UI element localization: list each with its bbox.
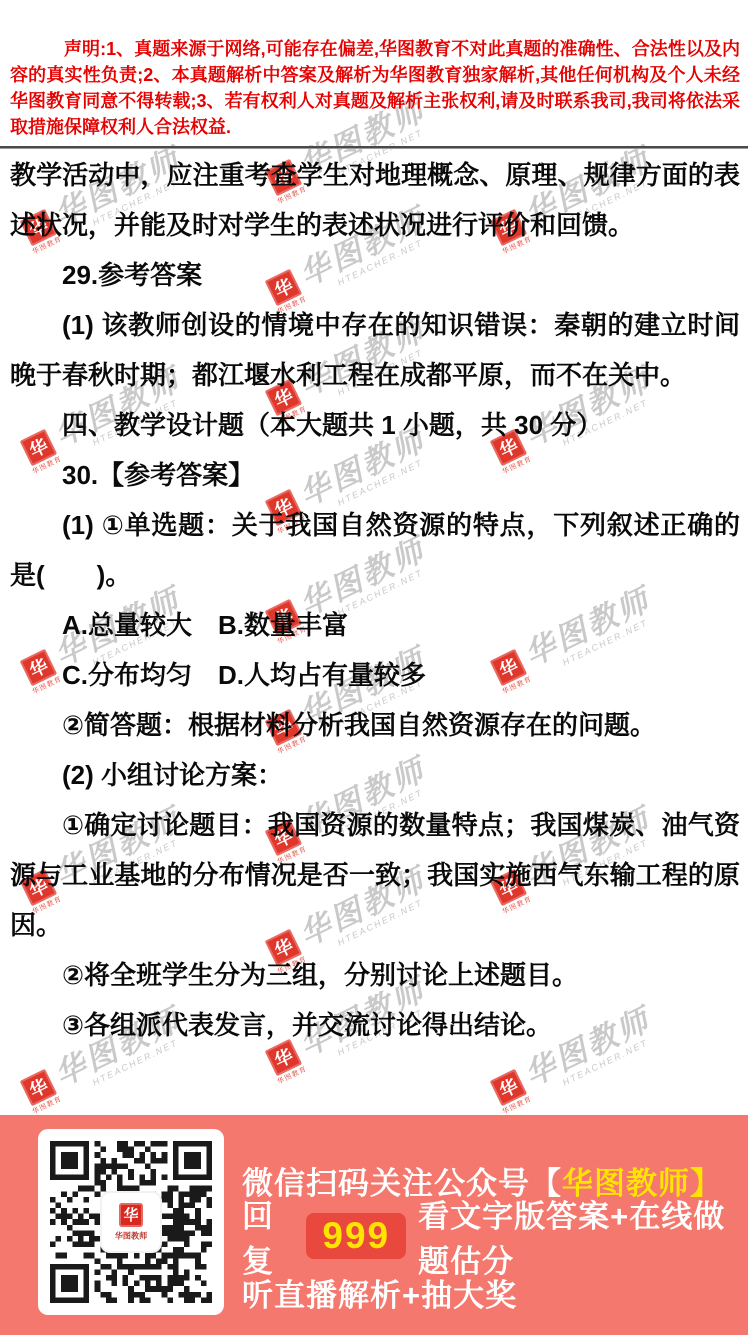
reply-code-badge: 999 xyxy=(306,1213,406,1259)
body-paragraph: (2) 小组讨论方案： xyxy=(10,750,740,800)
body-paragraph: 教学活动中，应注重考查学生对地理概念、原理、规律方面的表述状况，并能及时对学生的… xyxy=(10,150,740,250)
body-paragraph: C.分布均匀 D.人均占有量较多 xyxy=(10,650,740,700)
qr-logo-caption: 华图教师 xyxy=(115,1229,147,1241)
huatu-logo-icon: 华 xyxy=(119,1203,143,1227)
watermark-logo-caption: 华图教育 xyxy=(501,1094,534,1117)
document-body: 教学活动中，应注重考查学生对地理概念、原理、规律方面的表述状况，并能及时对学生的… xyxy=(10,150,740,1050)
footer-line-2: 回复999看文字版答案+在线做题估分 xyxy=(242,1213,748,1259)
qr-card: 华 华图教师 xyxy=(38,1129,224,1315)
watermark-logo-caption: 华图教育 xyxy=(31,1094,64,1117)
disclaimer-label: 声明: xyxy=(64,39,106,59)
footer-banner: 华 华图教师 微信扫码关注公众号【华图教师】 回复999看文字版答案+在线做题估… xyxy=(0,1115,748,1335)
page: { "page": {"width": 748, "height": 1335,… xyxy=(0,0,748,1335)
footer-text: 微信扫码关注公众号【华图教师】 回复999看文字版答案+在线做题估分 听直播解析… xyxy=(242,1157,748,1325)
body-paragraph: ②将全班学生分为三组，分别讨论上述题目。 xyxy=(10,950,740,1000)
watermark-logo-caption: 华图教育 xyxy=(276,1064,309,1087)
body-paragraph: ①确定讨论题目：我国资源的数量特点；我国煤炭、油气资源与工业基地的分布情况是否一… xyxy=(10,800,740,950)
qr-center-logo: 华 华图教师 xyxy=(102,1193,160,1251)
disclaimer-text: 1、真题来源于网络,可能存在偏差,华图教育不对此真题的准确性、合法性以及内容的真… xyxy=(10,39,740,137)
footer-line2-suffix: 看文字版答案+在线做题估分 xyxy=(418,1191,748,1281)
body-paragraph: ③各组派代表发言，并交流讨论得出结论。 xyxy=(10,1000,740,1050)
body-paragraph: 四、教学设计题（本大题共 1 小题，共 30 分） xyxy=(10,400,740,450)
body-paragraph: (1) 该教师创设的情境中存在的知识错误：秦朝的建立时间晚于春秋时期；都江堰水利… xyxy=(10,300,740,400)
footer-line3-text: 听直播解析+抽大奖 xyxy=(242,1270,517,1315)
body-paragraph: A.总量较大 B.数量丰富 xyxy=(10,600,740,650)
huatu-logo-square-icon: 华 xyxy=(20,1069,57,1106)
body-paragraph: ②简答题：根据材料分析我国自然资源存在的问题。 xyxy=(10,700,740,750)
footer-line2-prefix: 回复 xyxy=(242,1191,294,1281)
body-paragraph: (1) ①单选题：关于我国自然资源的特点，下列叙述正确的是( )。 xyxy=(10,500,740,600)
huatu-logo-icon: 华华图教育 xyxy=(18,1068,64,1117)
huatu-logo-icon: 华华图教育 xyxy=(488,1068,534,1117)
section-divider xyxy=(0,146,748,149)
body-paragraph: 30.【参考答案】 xyxy=(10,450,740,500)
huatu-logo-square-icon: 华 xyxy=(490,1069,527,1106)
body-paragraph: 29.参考答案 xyxy=(10,250,740,300)
disclaimer: 声明:1、真题来源于网络,可能存在偏差,华图教育不对此真题的准确性、合法性以及内… xyxy=(10,36,740,140)
